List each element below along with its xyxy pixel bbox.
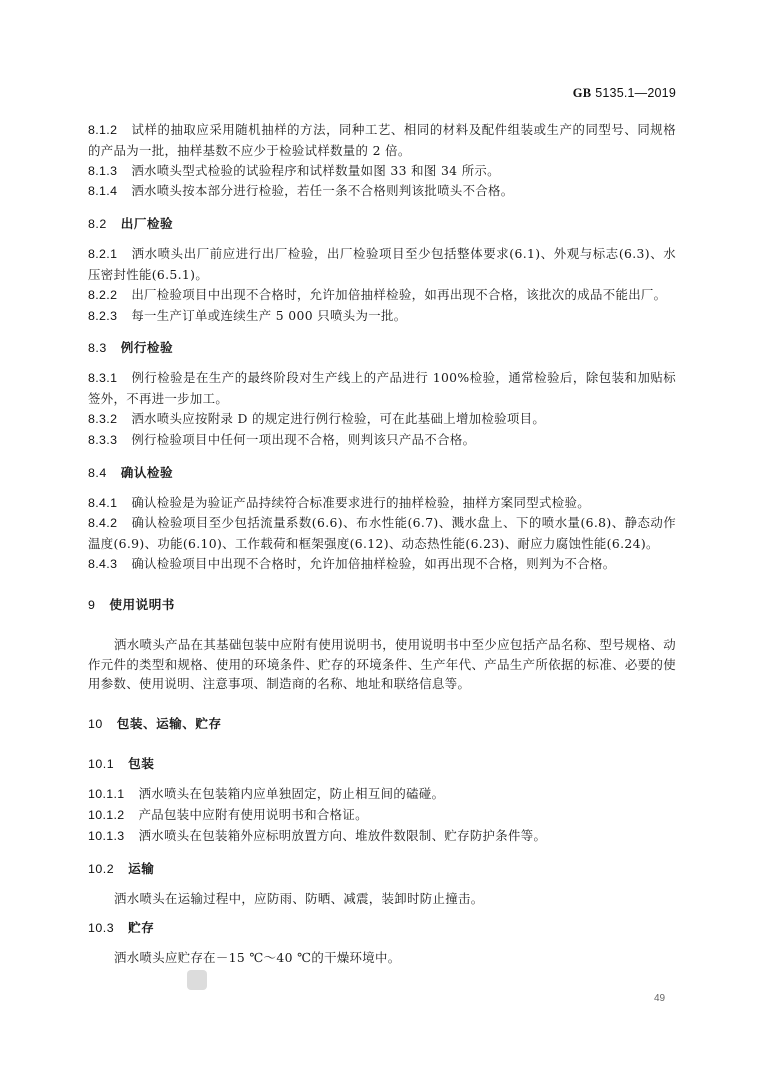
- clause-8-3-3: 8.3.3例行检验项目中任何一项出现不合格，则判该只产品不合格。: [88, 430, 676, 451]
- heading-8-4: 8.4确认检验: [88, 463, 676, 483]
- heading-title: 出厂检验: [121, 216, 173, 231]
- clause-text: 确认检验是为验证产品持续符合标准要求进行的抽样检验，抽样方案同型式检验。: [131, 495, 590, 510]
- clause-text: 确认检验项目至少包括流量系数(6.6)、布水性能(6.7)、溅水盘上、下的喷水量…: [88, 515, 676, 551]
- clause-10-1-3: 10.1.3洒水喷头在包装箱外应标明放置方向、堆放件数限制、贮存防护条件等。: [88, 826, 676, 847]
- clause-number: 8.1.3: [88, 164, 117, 178]
- heading-title: 例行检验: [121, 340, 173, 355]
- clause-number: 8.4.3: [88, 557, 117, 571]
- heading-number: 10.2: [88, 862, 114, 876]
- section-10-2-body: 洒水喷头在运输过程中，应防雨、防晒、减震，装卸时防止撞击。: [88, 889, 676, 909]
- page-number: 49: [654, 993, 665, 1004]
- heading-title: 运输: [128, 861, 154, 876]
- clause-number: 8.4.2: [88, 516, 117, 530]
- clause-8-2-2: 8.2.2出厂检验项目中出现不合格时，允许加倍抽样检验，如再出现不合格，该批次的…: [88, 285, 676, 306]
- page-header: GB5135.1—2019: [573, 86, 676, 101]
- heading-10-3: 10.3贮存: [88, 918, 676, 938]
- heading-title: 确认检验: [121, 465, 173, 480]
- heading-10: 10包装、运输、贮存: [88, 714, 676, 734]
- clause-text: 例行检验项目中任何一项出现不合格，则判该只产品不合格。: [131, 432, 475, 447]
- clause-8-1-2: 8.1.2试样的抽取应采用随机抽样的方法，同种工艺、相同的材料及配件组装或生产的…: [88, 120, 676, 161]
- clause-text: 洒水喷头出厂前应进行出厂检验，出厂检验项目至少包括整体要求(6.1)、外观与标志…: [88, 246, 676, 282]
- heading-number: 10.1: [88, 757, 114, 771]
- heading-8-2: 8.2出厂检验: [88, 214, 676, 234]
- clause-text: 洒水喷头在包装箱内应单独固定，防止相互间的磕碰。: [139, 786, 445, 801]
- heading-number: 10: [88, 717, 103, 731]
- clause-8-3-2: 8.3.2洒水喷头应按附录 D 的规定进行例行检验，可在此基础上增加检验项目。: [88, 409, 676, 430]
- clause-text: 每一生产订单或连续生产 5 000 只喷头为一批。: [131, 308, 406, 323]
- clause-8-4-2: 8.4.2确认检验项目至少包括流量系数(6.6)、布水性能(6.7)、溅水盘上、…: [88, 513, 676, 554]
- clause-number: 8.3.3: [88, 433, 117, 447]
- clause-text: 确认检验项目中出现不合格时，允许加倍抽样检验，如再出现不合格，则判为不合格。: [131, 556, 615, 571]
- clause-number: 8.3.2: [88, 412, 117, 426]
- clause-number: 8.1.4: [88, 184, 117, 198]
- heading-number: 8.3: [88, 341, 107, 355]
- clause-number: 10.1.3: [88, 829, 125, 843]
- clause-8-1-4: 8.1.4洒水喷头按本部分进行检验，若任一条不合格则判该批喷头不合格。: [88, 181, 676, 202]
- clause-number: 8.3.1: [88, 371, 117, 385]
- clause-10-1-1: 10.1.1洒水喷头在包装箱内应单独固定，防止相互间的磕碰。: [88, 784, 676, 805]
- section-9-body: 洒水喷头产品在其基础包装中应附有使用说明书，使用说明书中至少应包括产品名称、型号…: [88, 635, 676, 694]
- clause-10-1-2: 10.1.2产品包装中应附有使用说明书和合格证。: [88, 805, 676, 826]
- clause-text: 洒水喷头型式检验的试验程序和试样数量如图 33 和图 34 所示。: [131, 163, 500, 178]
- heading-title: 使用说明书: [109, 597, 174, 612]
- clause-text: 洒水喷头在包装箱外应标明放置方向、堆放件数限制、贮存防护条件等。: [139, 828, 547, 843]
- clause-8-1-3: 8.1.3洒水喷头型式检验的试验程序和试样数量如图 33 和图 34 所示。: [88, 161, 676, 182]
- heading-number: 8.2: [88, 217, 107, 231]
- clause-number: 10.1.1: [88, 787, 125, 801]
- standard-prefix: GB: [573, 86, 591, 100]
- clause-text: 例行检验是在生产的最终阶段对生产线上的产品进行 100%检验，通常检验后，除包装…: [88, 370, 676, 406]
- clause-number: 8.4.1: [88, 496, 117, 510]
- clause-text: 洒水喷头按本部分进行检验，若任一条不合格则判该批喷头不合格。: [131, 183, 513, 198]
- clause-8-2-3: 8.2.3每一生产订单或连续生产 5 000 只喷头为一批。: [88, 306, 676, 327]
- clause-text: 出厂检验项目中出现不合格时，允许加倍抽样检验，如再出现不合格，该批次的成品不能出…: [131, 287, 666, 302]
- clause-8-4-1: 8.4.1确认检验是为验证产品持续符合标准要求进行的抽样检验，抽样方案同型式检验…: [88, 493, 676, 514]
- clause-text: 产品包装中应附有使用说明书和合格证。: [139, 807, 368, 822]
- heading-number: 8.4: [88, 466, 107, 480]
- clause-text: 试样的抽取应采用随机抽样的方法，同种工艺、相同的材料及配件组装或生产的同型号、同…: [88, 122, 676, 158]
- heading-number: 10.3: [88, 921, 114, 935]
- clause-number: 10.1.2: [88, 808, 125, 822]
- clause-number: 8.2.3: [88, 309, 117, 323]
- clause-8-4-3: 8.4.3确认检验项目中出现不合格时，允许加倍抽样检验，如再出现不合格，则判为不…: [88, 554, 676, 575]
- clause-8-3-1: 8.3.1例行检验是在生产的最终阶段对生产线上的产品进行 100%检验，通常检验…: [88, 368, 676, 409]
- clause-number: 8.2.2: [88, 288, 117, 302]
- clause-text: 洒水喷头应按附录 D 的规定进行例行检验，可在此基础上增加检验项目。: [131, 411, 545, 426]
- heading-10-2: 10.2运输: [88, 859, 676, 879]
- clause-number: 8.1.2: [88, 123, 117, 137]
- heading-10-1: 10.1包装: [88, 754, 676, 774]
- heading-title: 包装: [128, 756, 154, 771]
- scan-artifact-square: [187, 970, 207, 990]
- heading-9: 9使用说明书: [88, 595, 676, 615]
- heading-number: 9: [88, 598, 95, 612]
- clause-8-2-1: 8.2.1洒水喷头出厂前应进行出厂检验，出厂检验项目至少包括整体要求(6.1)、…: [88, 244, 676, 285]
- heading-8-3: 8.3例行检验: [88, 338, 676, 358]
- heading-title: 贮存: [128, 920, 154, 935]
- heading-title: 包装、运输、贮存: [117, 716, 222, 731]
- standard-number: 5135.1—2019: [595, 86, 676, 100]
- clause-number: 8.2.1: [88, 247, 117, 261]
- document-body: 8.1.2试样的抽取应采用随机抽样的方法，同种工艺、相同的材料及配件组装或生产的…: [88, 120, 676, 968]
- section-10-3-body: 洒水喷头应贮存在－15 ℃～40 ℃的干燥环境中。: [88, 948, 676, 968]
